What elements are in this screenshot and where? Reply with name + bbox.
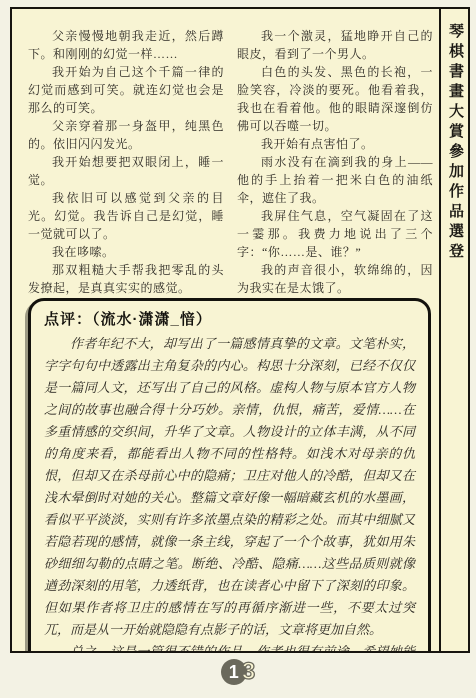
story-left-column: 父亲慢慢地朝我走近，然后蹲下。和刚刚的幻觉一样…… 我开始为自己这个千篇一律的幻… xyxy=(28,27,224,295)
page-number-digit-1: 1 xyxy=(229,662,239,683)
story-paragraph: 我开始为自己这个千篇一律的幻觉而感到可笑。就连幻觉也会是那么的可笑。 xyxy=(28,63,224,117)
main-content: 父亲慢慢地朝我走近，然后蹲下。和刚刚的幻觉一样…… 我开始为自己这个千篇一律的幻… xyxy=(12,9,439,651)
review-header: 点评：（流水·潇潇_愔） xyxy=(44,308,415,329)
scanned-page: 父亲慢慢地朝我走近，然后蹲下。和刚刚的幻觉一样…… 我开始为自己这个千篇一律的幻… xyxy=(0,0,476,698)
story-paragraph: 父亲慢慢地朝我走近，然后蹲下。和刚刚的幻觉一样…… xyxy=(28,27,224,63)
review-label: 点评： xyxy=(44,311,92,328)
story-paragraph: 我开始想要把双眼闭上，睡一觉。 xyxy=(28,153,224,189)
page-frame: 父亲慢慢地朝我走近，然后蹲下。和刚刚的幻觉一样…… 我开始为自己这个千篇一律的幻… xyxy=(10,7,470,653)
sidebar-vertical-title: 琴棋書畫大賞參加作品選登 xyxy=(441,23,468,651)
story-paragraph: 白色的头发、黑色的长袍，一脸笑容，冷淡的要死。他看着我，我也在看着他。他的眼睛深… xyxy=(237,63,433,135)
review-paragraph: 作者年纪不大，却写出了一篇感情真挚的文章。文笔朴实，字字句句中透露出主角复杂的内… xyxy=(44,333,415,641)
story-paragraph: 我一个激灵，猛地睁开自己的眼皮，看到了一个男人。 xyxy=(237,27,433,63)
story-paragraph: 我的声音很小，软绵绵的，因为我实在是太饿了。 xyxy=(237,261,433,295)
story-columns: 父亲慢慢地朝我走近，然后蹲下。和刚刚的幻觉一样…… 我开始为自己这个千篇一律的幻… xyxy=(28,27,433,295)
page-number: 1 3 xyxy=(0,655,476,689)
page-number-digit-3: 3 xyxy=(242,659,255,685)
sidebar: 琴棋書畫大賞參加作品選登 xyxy=(439,9,468,651)
story-paragraph: 我在哆嗦。 xyxy=(28,243,224,261)
review-paragraph: 总之，这是一篇很不错的作品，作者也很有前途，希望她能给琴棋书画大赛带来更多的佳作… xyxy=(44,641,415,651)
review-reviewer-name: （流水·潇潇_愔） xyxy=(92,311,212,328)
story-paragraph: 那双粗糙大手帮我把零乱的头发撩起，是真真实实的感觉。 xyxy=(28,261,224,295)
story-paragraph: 父亲穿着那一身盔甲，纯黑色的。依旧闪闪发光。 xyxy=(28,117,224,153)
story-paragraph: 我屏住气息，空气凝固在了这一霎那。我费力地说出了三个字：“你……是、谁？” xyxy=(237,207,433,261)
story-paragraph: 我开始有点害怕了。 xyxy=(237,135,433,153)
story-paragraph: 我依旧可以感觉到父亲的目光。幻觉。我告诉自己是幻觉，睡一觉就可以了。 xyxy=(28,189,224,243)
story-right-column: 我一个激灵，猛地睁开自己的眼皮，看到了一个男人。 白色的头发、黑色的长袍，一脸笑… xyxy=(237,27,433,295)
review-box: 点评：（流水·潇潇_愔） 作者年纪不大，却写出了一篇感情真挚的文章。文笔朴实，字… xyxy=(28,298,431,651)
story-paragraph: 雨水没有在滴到我的身上——他的手上抬着一把米白色的油纸伞，遮住了我。 xyxy=(237,153,433,207)
